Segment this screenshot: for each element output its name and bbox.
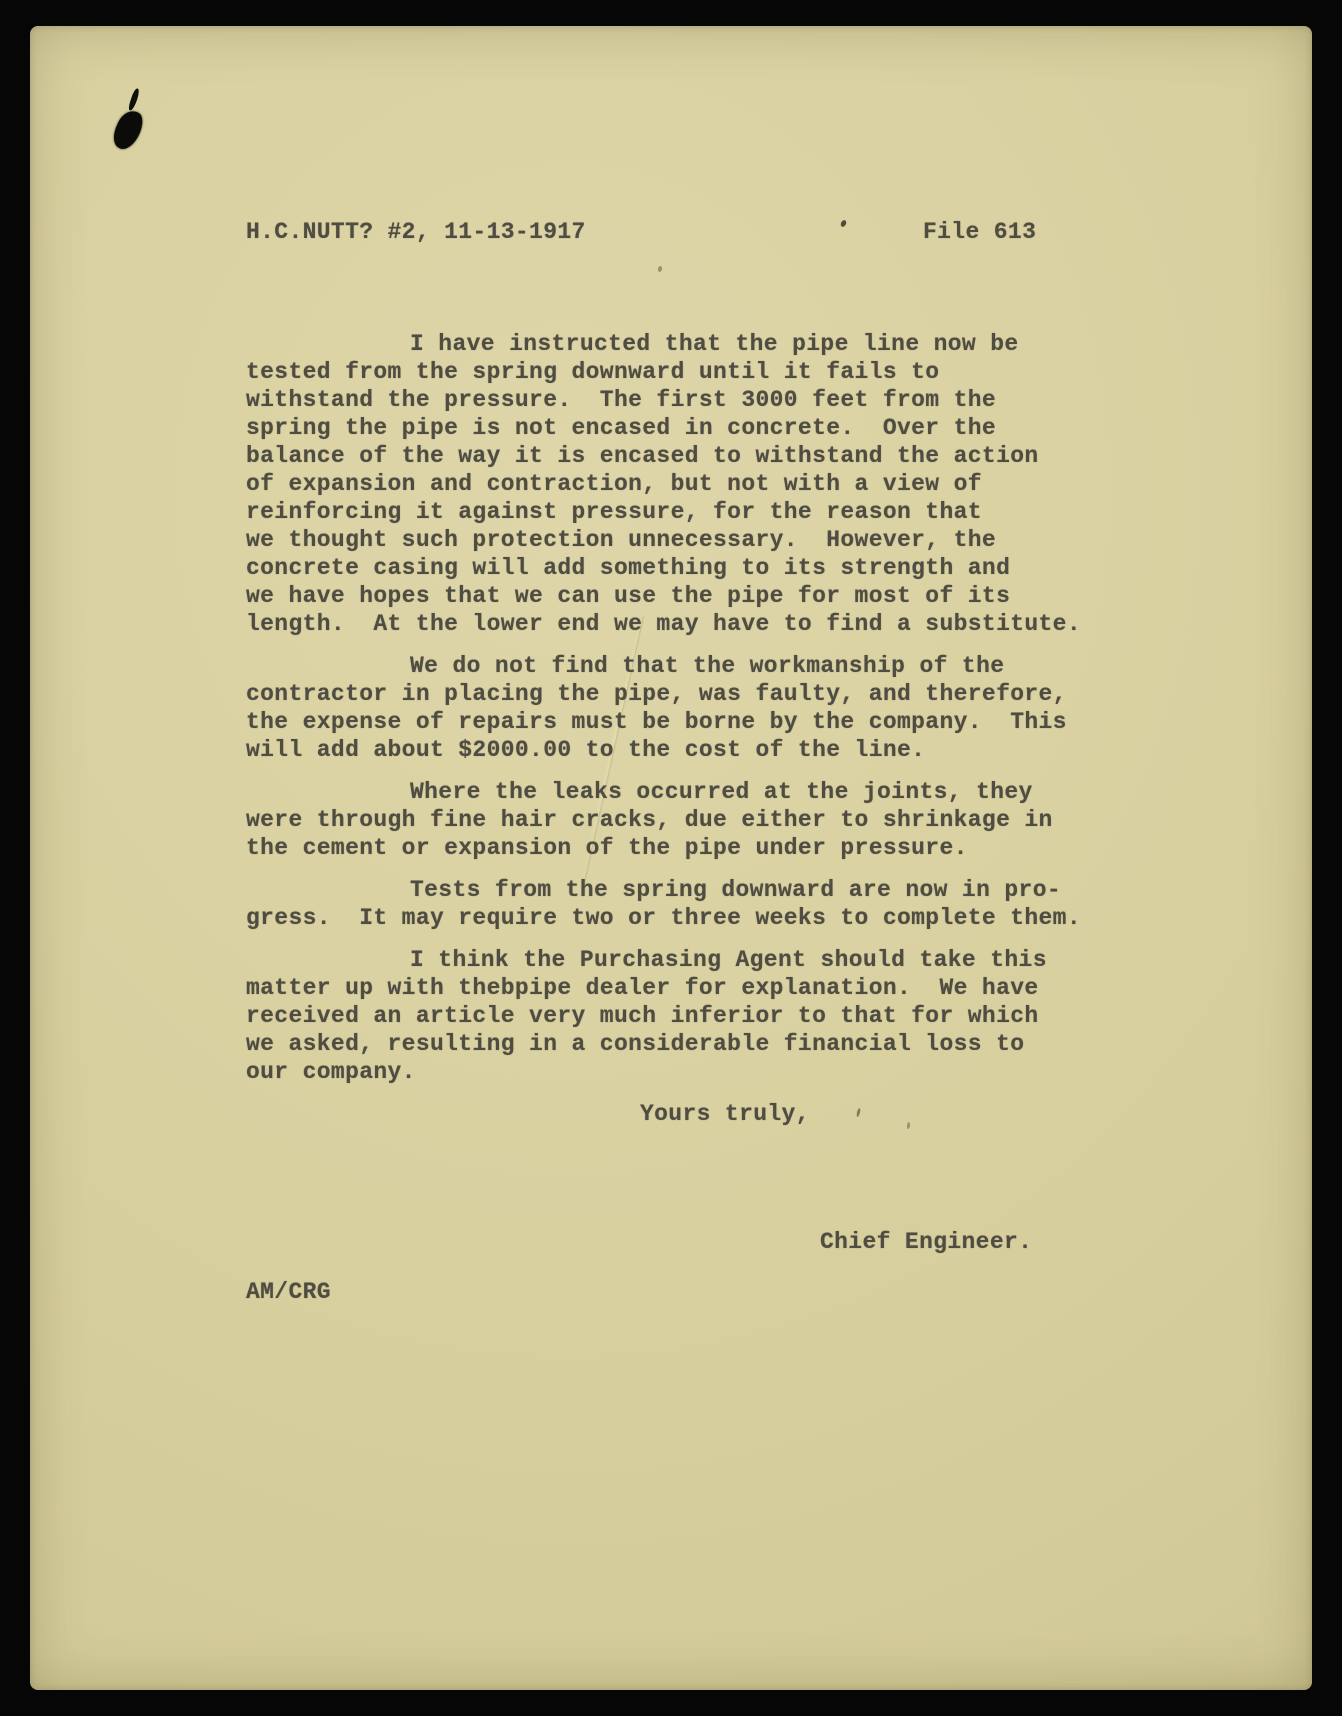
- ink-blot-tick: [128, 88, 141, 112]
- letter-paragraph: I have instructed that the pipe line now…: [246, 330, 1156, 638]
- scanned-letter: H.C.NUTT? #2, 11-13-1917 File 613 I have…: [0, 0, 1342, 1716]
- letter-body: I have instructed that the pipe line now…: [246, 330, 1156, 1306]
- paper-speck: [657, 266, 662, 273]
- letter-paragraph: Where the leaks occurred at the joints, …: [246, 778, 1156, 862]
- letter-reference-line: H.C.NUTT? #2, 11-13-1917: [246, 218, 586, 246]
- letter-closing: Yours truly,: [246, 1100, 1156, 1128]
- ink-blot: [109, 107, 147, 153]
- file-number: File 613: [923, 218, 1036, 246]
- letter-paragraph: We do not find that the workmanship of t…: [246, 652, 1156, 764]
- letter-paragraph: I think the Purchasing Agent should take…: [246, 946, 1156, 1086]
- signature-title: Chief Engineer.: [246, 1228, 1156, 1256]
- letter-paper: H.C.NUTT? #2, 11-13-1917 File 613 I have…: [30, 26, 1312, 1690]
- letter-paragraph: Tests from the spring downward are now i…: [246, 876, 1156, 932]
- letter-header: H.C.NUTT? #2, 11-13-1917 File 613: [246, 218, 1246, 248]
- typist-initials: AM/CRG: [246, 1278, 1156, 1306]
